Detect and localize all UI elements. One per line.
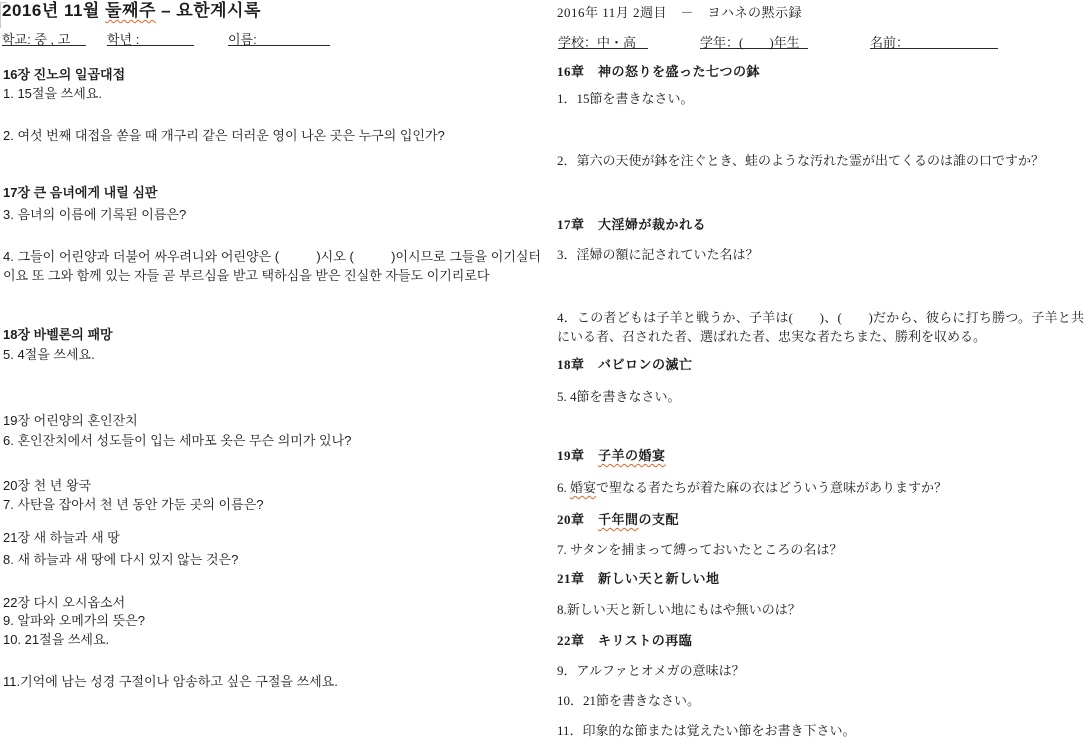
question-ja-7: 7. サタンを捕まって縛っておいたところの名は？: [557, 541, 842, 558]
worksheet-page: 2016년 11월 둘째주 – 요한계시록 학교: 중 , 고 학년 : 이름:…: [0, 0, 1087, 752]
grade-field-japanese[interactable]: 学年：( )年生: [700, 32, 808, 49]
section-heading-ja-20-number: 20章: [557, 512, 598, 527]
school-field-japanese[interactable]: 学校：中・高: [558, 32, 648, 49]
page-margin-mark: [0, 2, 1, 28]
section-heading-ko-18: 18장 바벨론의 패망: [3, 326, 113, 343]
section-heading-ko-20: 20장 천 년 왕국: [3, 477, 91, 494]
section-heading-ko-19: 19장 어린양의 혼인잔치: [3, 412, 138, 429]
question-ko-6: 6. 혼인잔치에서 성도들이 입는 세마포 옷은 무슨 의미가 있나?: [3, 432, 351, 449]
question-ja-6-misspelled: 婚宴: [570, 480, 596, 495]
question-ko-4: 4. 그들이 어린양과 더불어 싸우려니와 어린양은 ( )시오 ( )이시므로…: [3, 247, 541, 285]
question-ja-8: 8.新しい天と新しい地にもはや無いのは？: [557, 601, 801, 618]
section-heading-ja-17: 17章 大淫婦が裁かれる: [557, 216, 706, 233]
title-korean: 2016년 11월 둘째주 – 요한계시록: [2, 2, 261, 19]
section-heading-ja-18: 18章 バビロンの滅亡: [557, 356, 693, 373]
section-heading-ja-20-misspelled: 千年間: [598, 512, 639, 527]
question-ko-11: 11.기억에 남는 성경 구절이나 암송하고 싶은 구절을 쓰세요.: [3, 673, 338, 690]
section-heading-ja-19-number: 19章: [557, 448, 598, 463]
question-ko-8: 8. 새 하늘과 새 땅에 다시 있지 않는 것은?: [3, 551, 238, 568]
title-japanese: 2016年 11月 2週目 － ヨハネの黙示録: [557, 4, 802, 21]
question-ko-9: 9. 알파와 오메가의 뜻은?: [3, 612, 145, 629]
question-ja-6-rest: で聖なる者たちが着た麻の衣はどういう意味がありますか？: [596, 480, 947, 495]
question-ko-5: 5. 4절을 쓰세요.: [3, 346, 95, 363]
section-heading-ko-22: 22장 다시 오시옵소서: [3, 594, 125, 611]
section-heading-ja-20: 20章 千年間の支配: [557, 511, 679, 528]
question-ja-5: 5. 4節を書きなさい。: [557, 388, 681, 405]
section-heading-ja-19: 19章 子羊の婚宴: [557, 447, 666, 464]
question-ko-7: 7. 사탄을 잡아서 천 년 동안 가둔 곳의 이름은?: [3, 496, 263, 513]
question-ja-9: 9．アルファとオメガの意味は？: [557, 662, 745, 679]
section-heading-ja-21: 21章 新しい天と新しい地: [557, 570, 720, 587]
grade-field-korean[interactable]: 학년 :: [107, 29, 194, 46]
section-heading-ko-21: 21장 새 하늘과 새 땅: [3, 529, 120, 546]
question-ja-3: 3．淫婦の額に記されていた名は？: [557, 246, 759, 263]
question-ja-6-number: 6.: [557, 480, 570, 495]
section-heading-ko-16: 16장 진노의 일곱대접: [3, 66, 125, 83]
question-ja-10: 10．21節を書きなさい。: [557, 692, 700, 709]
school-field-korean[interactable]: 학교: 중 , 고: [2, 29, 86, 46]
question-ja-1: 1．15節を書きなさい。: [557, 90, 694, 107]
question-ko-3: 3. 음녀의 이름에 기록된 이름은?: [3, 206, 186, 223]
question-ja-11: 11．印象的な節または覚えたい節をお書き下さい。: [557, 722, 856, 739]
section-heading-ko-17: 17장 큰 음녀에게 내릴 심판: [3, 184, 158, 201]
name-field-korean[interactable]: 이름:: [228, 29, 330, 46]
title-korean-suffix: – 요한계시록: [156, 1, 261, 20]
title-korean-prefix: 2016년 11월: [2, 1, 105, 20]
question-ko-10: 10. 21절을 쓰세요.: [3, 631, 109, 648]
question-ja-4: 4．この者どもは子羊と戦うか、子羊は( )、( )だから、彼らに打ち勝つ。子羊と…: [557, 308, 1084, 346]
section-heading-ja-20-rest: の支配: [639, 512, 680, 527]
section-heading-ja-22: 22章 キリストの再臨: [557, 632, 692, 649]
question-ko-2: 2. 여섯 번째 대접을 쏟을 때 개구리 같은 더러운 영이 나온 곳은 누구…: [3, 127, 445, 144]
question-ja-2: 2．第六の天使が鉢を注ぐとき、蛙のような汚れた霊が出てくるのは誰の口ですか？: [557, 152, 1044, 169]
section-heading-ja-19-misspelled: 子羊の婚宴: [598, 448, 666, 463]
question-ko-1: 1. 15절을 쓰세요.: [3, 85, 102, 102]
title-korean-misspelled-word: 둘째주: [105, 1, 156, 20]
name-field-japanese[interactable]: 名前：: [870, 32, 998, 49]
section-heading-ja-16: 16章 神の怒りを盛った七つの鉢: [557, 63, 760, 80]
question-ja-6: 6. 婚宴で聖なる者たちが着た麻の衣はどういう意味がありますか？: [557, 479, 947, 496]
